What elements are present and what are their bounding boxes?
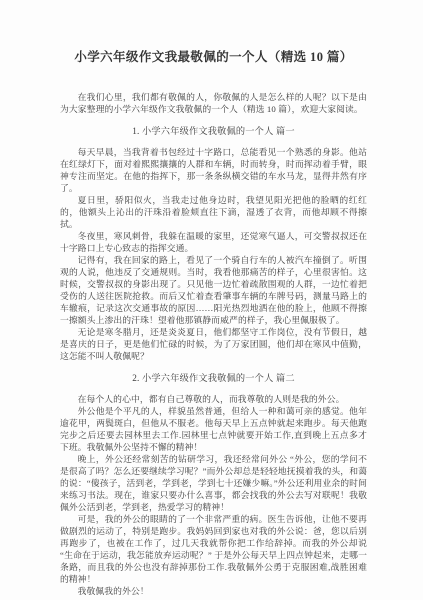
section-1-paragraph: 无论是寒冬腊月，还是炎炎夏日，他们都坚守工作岗位，没有节假日，越是喜庆的日子，更…: [60, 326, 367, 362]
section-2-paragraph: 外公他是个平凡的人，样貌虽然普通，但给人一种和蔼可亲的感觉。他年逾花甲，两鬓斑白…: [60, 405, 367, 453]
section-2: 2. 小学六年级作文我敬佩的一个人 篇二 在每个人的心中，都有自己尊敬的人，而我…: [60, 372, 367, 597]
document-title: 小学六年级作文我最敬佩的一个人（精选 10 篇）: [60, 50, 367, 65]
section-2-paragraph: 我敬佩我的外公！: [60, 585, 367, 597]
section-2-paragraph: 晚上，外公还经常刻苦的钻研学习，我还经常问外公 “外公，您的学问不是很高了吗？怎…: [60, 453, 367, 513]
section-1-paragraph: 记得有，我在回家的路上，看见了一个骑自行车的人被汽车撞倒了。听围观的人说，他违反…: [60, 254, 367, 326]
section-1-heading: 1. 小学六年级作文我敬佩的一个人 篇一: [60, 125, 367, 137]
document-page: 小学六年级作文我最敬佩的一个人（精选 10 篇） 在我们心里，我们都有敬佩的人，…: [0, 0, 423, 600]
section-1-paragraph: 每天早晨，当我背着书包经过十字路口，总能看见一个熟悉的身影。他站在红绿灯下，面对…: [60, 146, 367, 194]
section-1: 1. 小学六年级作文我敬佩的一个人 篇一 每天早晨，当我背着书包经过十字路口，总…: [60, 125, 367, 362]
section-2-heading: 2. 小学六年级作文我敬佩的一个人 篇二: [60, 372, 367, 384]
section-2-paragraph: 可是，我的外公的眼睛的了一个非常严重的病。医生告诉他，让他不要再做剧烈的运动了，…: [60, 513, 367, 585]
section-2-paragraph: 在每个人的心中，都有自己尊敬的人，而我尊敬的人则是我的外公。: [60, 393, 367, 405]
intro-block: 在我们心里，我们都有敬佩的人，你敬佩的人是怎么样的人呢？以下是由为大家整理的小学…: [60, 91, 367, 115]
intro-paragraph: 在我们心里，我们都有敬佩的人，你敬佩的人是怎么样的人呢？以下是由为大家整理的小学…: [60, 91, 367, 115]
section-1-paragraph: 冬夜里，寒风刺骨，我躲在温暖的家里，还觉寒气逼人，可交警叔叔还在十字路口上专心致…: [60, 230, 367, 254]
section-1-paragraph: 夏日里，骄阳似火，当我走过他身边时，我望见阳光把他的脸晒的红红的，他额头上沁出的…: [60, 194, 367, 230]
